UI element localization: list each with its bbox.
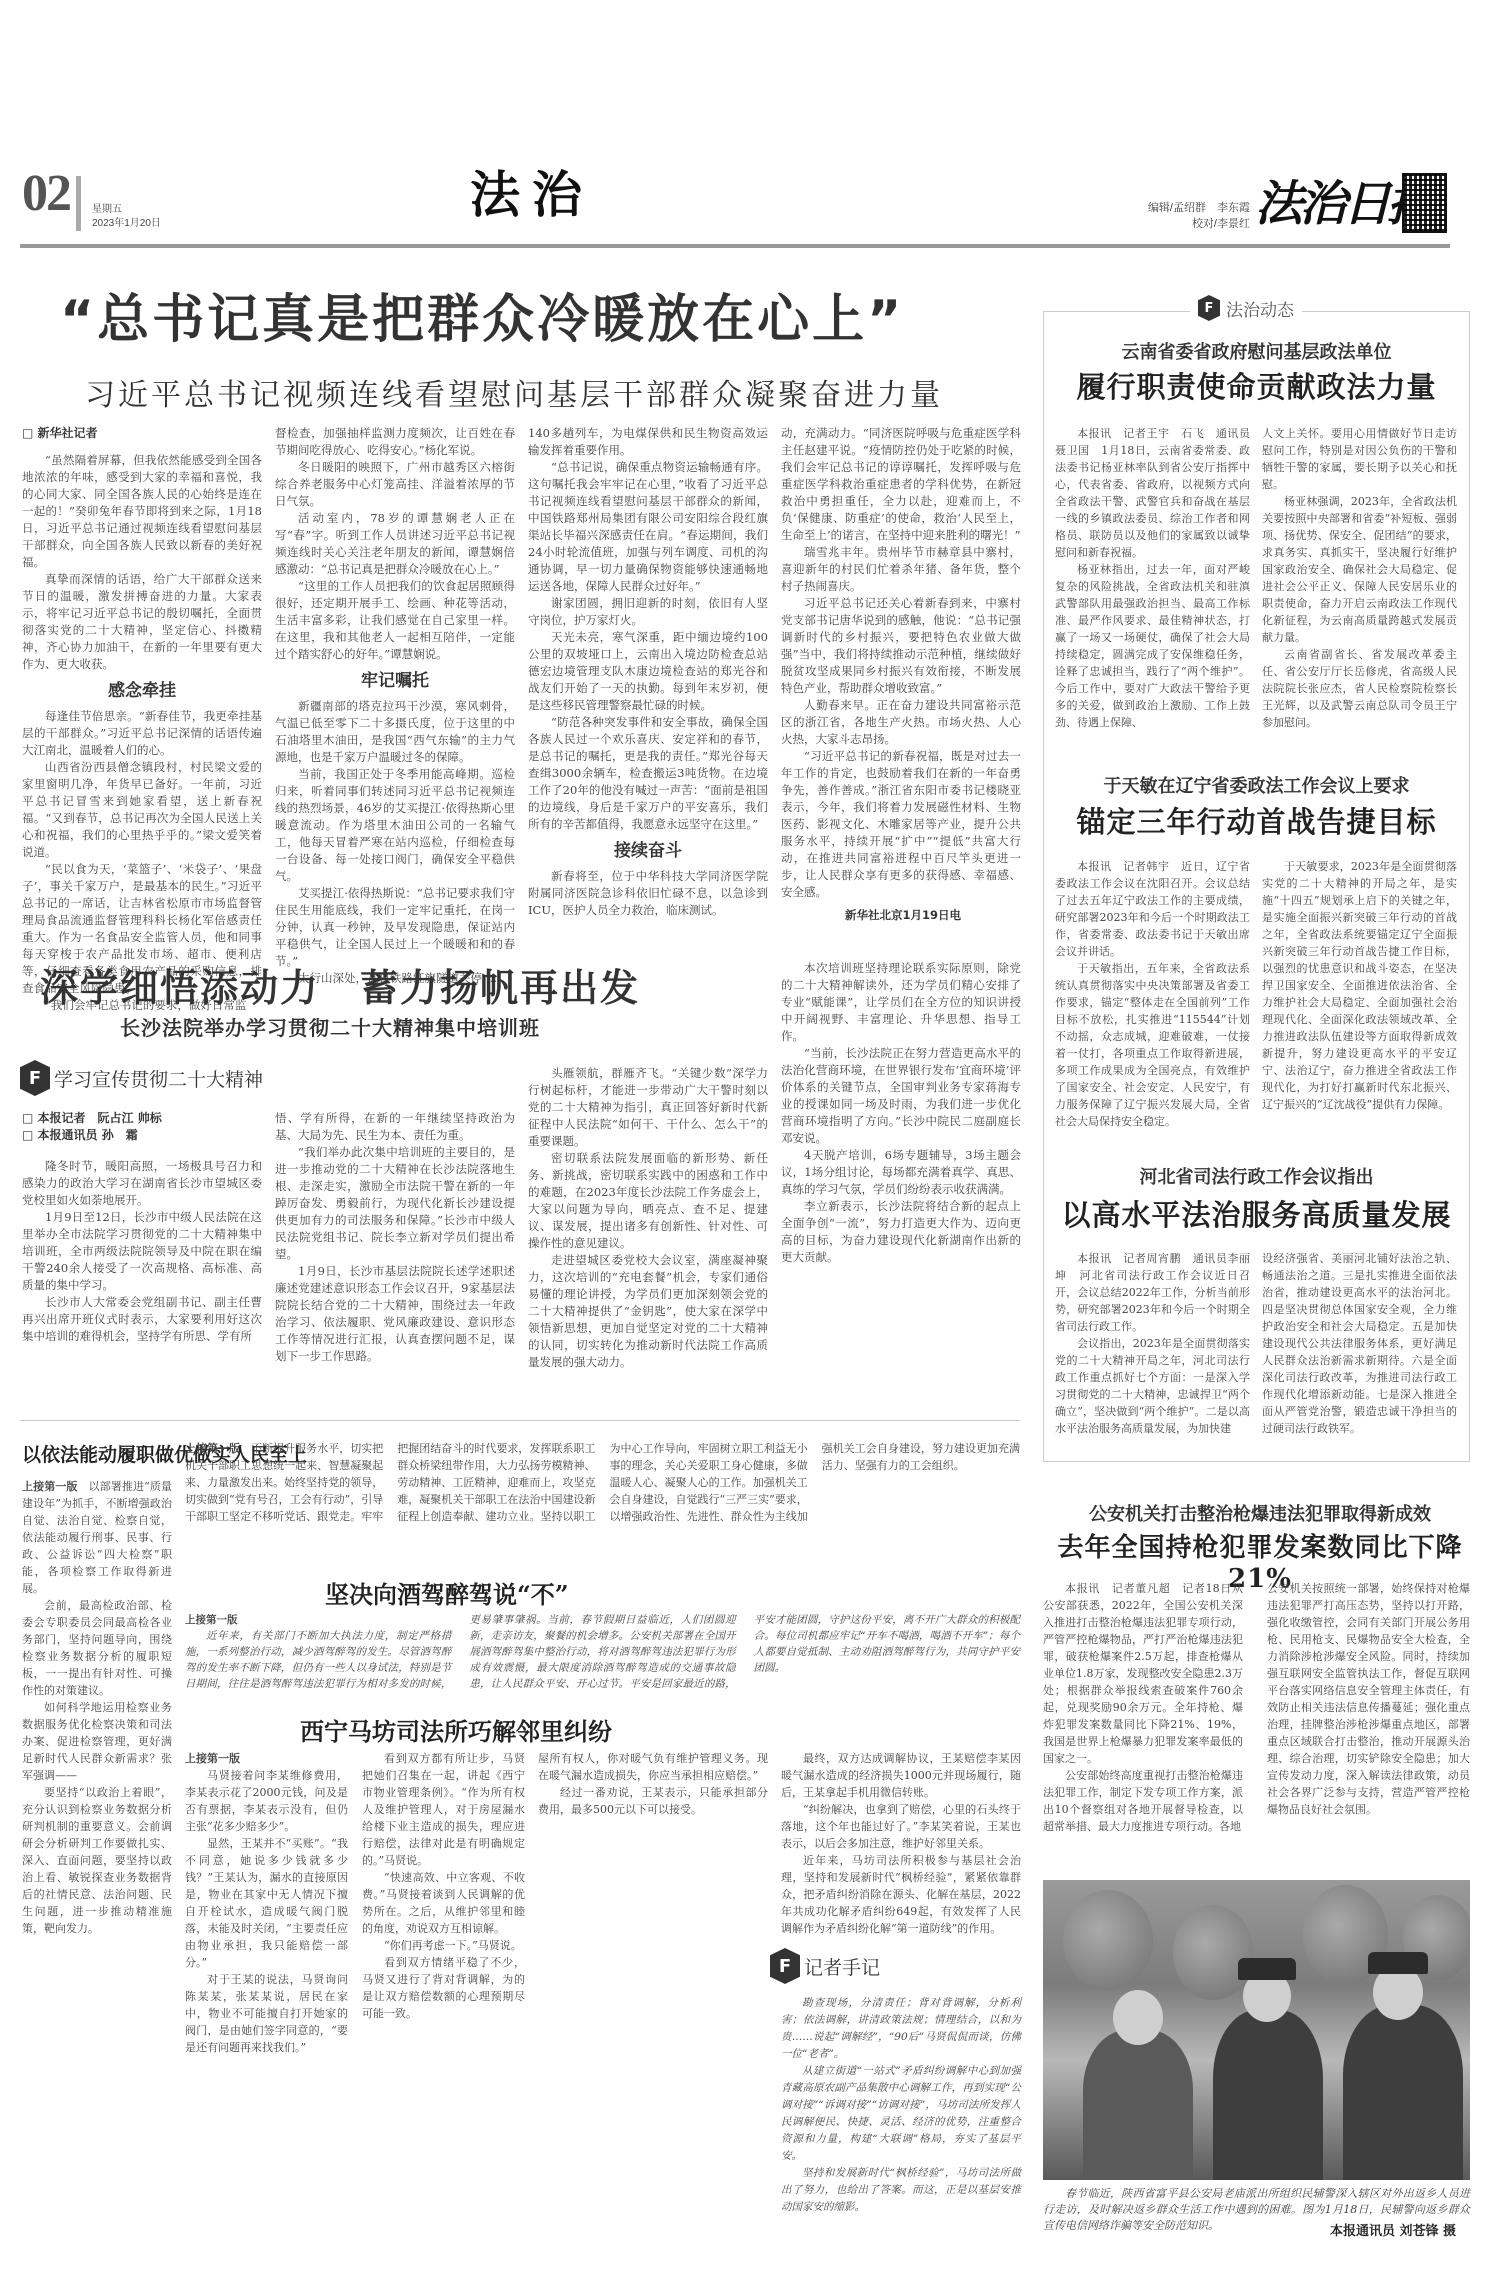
paragraph: 显然，王某并不“买账”。“我不同意，她说多少钱就多少钱？”王某认为，漏水的直接原… xyxy=(185,1835,348,1971)
lead-byline: □ 新华社记者 xyxy=(22,425,262,442)
byline: □ 本报通讯员 孙 霜 xyxy=(22,1127,262,1144)
date: 2023年1月20日 xyxy=(92,217,161,231)
paragraph: 人文上关怀。要用心用情做好节日走访慰问工作，特别是对因公负伤的干警和牺牲干警的家… xyxy=(1262,425,1457,493)
paragraph: 新春将至，位于中华科技大学同济医学院附属同济医院急诊科依旧忙碌不息，以急诊到IC… xyxy=(528,868,768,919)
paragraph: “你们再考虑一下。”马贤说。 xyxy=(362,1937,525,1954)
weekday: 星期五 xyxy=(92,203,161,217)
paragraph: 本报讯 记者王宇 石飞 通讯员聂卫国 1月18日，云南省委常委、政法委书记杨亚林… xyxy=(1055,425,1250,561)
court-column-2: 悟、学有所得，在新的一年继续坚持政治为基、大局为先、民生为本、责任为重。 “我们… xyxy=(275,1110,515,1365)
story-b-body: 上接第一版 不断提升服务水平，切实把机关干部职工思想统一起来、智慧凝聚起来、力量… xyxy=(185,1440,1020,1545)
story-c-headline: 坚决向酒驾醉驾说“不” xyxy=(325,1575,569,1610)
paragraph: 密切联系法院发展面临的新形势、新任务、新挑战，密切联系实践中的困惑和工作中的难题… xyxy=(528,1150,768,1252)
paragraph: 坚持和发展新时代“枫桥经验”，马坊司法所做出了努力，也给出了答案。而这，正是以基… xyxy=(781,2165,1021,2216)
paragraph: 悟、学有所得，在新的一年继续坚持政治为基、大局为先、民生为本、责任为重。 xyxy=(275,1110,515,1144)
lantern-icon xyxy=(1063,1890,1153,1990)
lantern-icon xyxy=(1173,1905,1253,2000)
paragraph: “习近平总书记的新春祝福，既是对过去一年工作的肯定，也鼓励着我们在新的一年奋勇争… xyxy=(781,748,1021,901)
paragraph: 看到双方都有所让步，马贤把她们召集在一起，讲起《西宁市物业管理条例》。“作为所有… xyxy=(362,1750,525,1869)
paragraph: “我们举办此次集中培训班的主要目的，是进一步推动党的二十大精神在长沙法院落地生根… xyxy=(275,1144,515,1263)
lead-column-1: □ 新华社记者 “虽然隔着屏幕，但我依然能感受到全国各地浓浓的年味，感受到大家的… xyxy=(22,425,262,1014)
section-heading: 牢记嘱托 xyxy=(275,673,515,690)
paragraph: 天光未亮，寒气深重，距中缅边境约100公里的双坡垭口上，云南出入境边防检查总站德… xyxy=(528,629,768,714)
paragraph: 李立新表示，长沙法院将结合新的起点上全面争创“一流”，努力打造更大作为、迈向更高… xyxy=(781,1198,1021,1266)
notes-tag-text: 记者手记 xyxy=(804,1953,880,1980)
notes-tag: F 记者手记 xyxy=(770,1948,880,1984)
paragraph: “总书记说，确保重点物资运输畅通有序。这句嘱托我会牢牢记在心里，”收看了习近平总… xyxy=(528,459,768,595)
qr-code-icon xyxy=(1402,173,1447,233)
paragraph: 走进望城区委党校大会议室，满座凝神聚力，这次培训的“充电套餐”机会，专家们通俗易… xyxy=(528,1252,768,1371)
page-number: 02 xyxy=(22,168,70,220)
paragraph: 对于王某的说法，马贤询问陈某某，张某某说，居民在家中，物业不可能擅自打开她家的阀… xyxy=(185,1971,348,2056)
paragraph: 真挚而深情的话语，给广大干部群众送来节日的温暖，激发拼搏奋进的力量。大家表示，将… xyxy=(22,571,262,673)
paragraph: 于天敏要求，2023年是全面贯彻落实党的二十大精神的开局之年，是实施“十四五”规… xyxy=(1262,858,1457,1113)
lead-headline: “总书记真是把群众冷暖放在心上” xyxy=(60,292,740,349)
paragraph: “这里的工作人员把我们的饮食起居照顾得很好，还定期开展手工、绘画、种花等活动，生… xyxy=(275,578,515,663)
court-column-4: 本次培训班坚持理论联系实际原则，除党的二十大精神解读外，还为学员们精心安排了专业… xyxy=(781,960,1021,1266)
paragraph: 会议指出，2023年是全面贯彻落实党的二十大精神开局之年，河北司法行政工作重点抓… xyxy=(1055,1335,1250,1437)
paragraph: “快速高效、中立客观、不收费。”马贤接着谈到人民调解的优势所在。之后，从维护邻里… xyxy=(362,1869,525,1937)
paragraph: 冬日暖阳的映照下，广州市越秀区六榕街综合养老服务中心灯笼高挂、洋溢着浓厚的节日气… xyxy=(275,459,515,510)
paragraph: 1月9日至12日，长沙市中级人民法院在这里举办全市法院学习贯彻党的二十大精神集中… xyxy=(22,1209,262,1294)
continued-label: 上接第一版 xyxy=(185,1612,451,1628)
paragraph: 长沙市人大常委会党组副书记、副主任曹再兴出席开班仪式时表示，大家要利用好这次集中… xyxy=(22,1294,262,1345)
paragraph: 云南省副省长、省发展改革委主任、省公安厅厅长岳修虎，省高级人民法院院长张应杰，省… xyxy=(1262,646,1457,731)
police-cap xyxy=(1238,1958,1296,1980)
officer-figure xyxy=(1213,2010,1323,2180)
paragraph: “纠纷解决，也拿到了赔偿，心里的石头终于落地，这个年也能过好了。”李某笑着说，王… xyxy=(781,1801,1021,1852)
police-cap xyxy=(1368,1952,1428,1974)
paragraph: 山西省汾西县僧念镇段村，村民梁文爱的家里窗明几净，年货早已备好。一年前，习近平总… xyxy=(22,759,262,861)
sidebar-story3-headline: 以高水平法治服务高质量发展 xyxy=(1043,1193,1470,1234)
paragraph: 140多趟列车，为电煤保供和民生物资高效运输发挥着重要作用。 xyxy=(528,425,768,459)
paragraph: 马贤接着问李某维修费用，李某表示花了2000元钱，问及是否有票据，李某表示没有，… xyxy=(185,1767,348,1835)
column-tag: F 学习宣传贯彻二十大精神 xyxy=(20,1060,263,1096)
officer-figure xyxy=(1343,2005,1463,2180)
paragraph: 近年来，马坊司法所积极参与基层社会治理，坚持和发展新时代“枫桥经验”，紧紧依靠群… xyxy=(781,1852,1021,1937)
sidebar-label-text: 法治动态 xyxy=(1226,296,1294,321)
paragraph: 如何科学地运用检察业务数据服务优化检察决策和司法办案、促进检察管理，更好满足新时… xyxy=(22,1699,172,1784)
byline: □ 本报记者 阮占江 帅标 xyxy=(22,1110,262,1127)
dateline: 新华社北京1月19日电 xyxy=(781,907,1021,924)
lead-column-4: 动，充满动力。“同济医院呼吸与危重症医学科主任赵建平说。“疫情防控仍处于吃紧的时… xyxy=(781,425,1021,924)
lead-column-2: 督检查，加强抽样监测力度频次，让百姓在春节期间吃得放心、吃得安心。”杨化军说。 … xyxy=(275,425,515,987)
paragraph: 于天敏指出，五年来，全省政法系统认真贯彻落实中央决策部署及省委工作要求，锚定“整… xyxy=(1055,960,1250,1130)
paragraph: 督检查，加强抽样监测力度频次，让百姓在春节期间吃得放心、吃得安心。”杨化军说。 xyxy=(275,425,515,459)
paragraph: 人勤春来早。正在奋力建设共同富裕示范区的浙江省，各地生产火热。市场火热、人心火热… xyxy=(781,697,1021,748)
column-tag-text: 学习宣传贯彻二十大精神 xyxy=(54,1065,263,1092)
paragraph: 公安机关按照统一部署，始终保持对枪爆违法犯罪严打高压态势，坚持以打开路，强化收缴… xyxy=(1267,1580,1470,1818)
sidebar-story1-col2: 人文上关怀。要用心用情做好节日走访慰问工作，特别是对因公负伤的干警和牺牲干警的家… xyxy=(1262,425,1457,731)
sidebar-story2-col2: 于天敏要求，2023年是全面贯彻落实党的二十大精神的开局之年，是实施“十四五”规… xyxy=(1262,858,1457,1113)
proofreader-line: 校对/李景红 xyxy=(1000,216,1250,232)
story-a-body: 上接第一版 以部署推进“质量建设年”为抓手，不断增强政治自觉、法治自觉、检察自觉… xyxy=(22,1478,172,1937)
sidebar-story1-kicker: 云南省委省政府慰问基层政法单位 xyxy=(1043,338,1470,364)
story-c-body: 上接第一版 近年来，有关部门不断加大执法力度，制定严格措施，一系列整治行动，减少… xyxy=(185,1612,1020,1696)
paragraph: “虽然隔着屏幕，但我依然能感受到全国各地浓浓的年味，感受到大家的幸福和喜悦，我的… xyxy=(22,452,262,571)
court-column-3: 头雁领航，群雁齐飞。“关键少数”深学力行树起标杆，才能进一步带动广大干警时刻以党… xyxy=(528,1065,768,1371)
paragraph: 杨亚林指出，过去一年，面对严峻复杂的风险挑战，全省政法机关和驻滇武警部队用最强政… xyxy=(1055,561,1250,731)
paragraph: 谢家团圆，拥旧迎新的时刻，依旧有人坚守岗位，护万家灯火。 xyxy=(528,595,768,629)
page-number-divider xyxy=(76,176,81,231)
paragraph: 头雁领航，群雁齐飞。“关键少数”深学力行树起标杆，才能进一步带动广大干警时刻以党… xyxy=(528,1065,768,1150)
divider xyxy=(20,1420,1020,1421)
paragraph: 公安部始终高度重视打击整治枪爆违法犯罪工作，制定下发专项工作方案，派出10个督察… xyxy=(1043,1767,1243,1835)
paragraph: 会前，最高检政治部、检委会专职委员会同最高检各业务部门，坚持问题导向，围绕检察业… xyxy=(22,1597,172,1699)
news-photo xyxy=(1043,1880,1470,2180)
paragraph: 要坚持“以政治上着眼”，充分认识到检察业务数据分析研判机制的重要意义。会前调研会… xyxy=(22,1784,172,1937)
paragraph: 新疆南部的塔克拉玛干沙漠，寒风刺骨，气温已低至零下二十多摄氏度，位于这里的中石油… xyxy=(275,698,515,766)
court-story-subheadline: 长沙法院举办学习贯彻二十大精神集中培训班 xyxy=(120,1012,720,1041)
paragraph: 本报讯 记者周宵鹏 通讯员李丽坤 河北省司法行政工作会议近日召开，会议总结202… xyxy=(1055,1250,1250,1335)
story-d-col4: 最终，双方达成调解协议，王某赔偿李某因暖气漏水造成的经济损失1000元并现场履行… xyxy=(781,1750,1021,1937)
gun-story-kicker: 公安机关打击整治枪爆违法犯罪取得新成效 xyxy=(1030,1500,1490,1526)
story-d-col3: 屋所有权人，你对暖气负有维护管理义务。现在暖气漏水造成损失，你应当承担相应赔偿。… xyxy=(538,1750,768,1818)
f-cube-icon: F xyxy=(770,1948,800,1984)
paragraph: 本次培训班坚持理论联系实际原则，除党的二十大精神解读外，还为学员们精心安排了专业… xyxy=(781,960,1021,1045)
story-d-body: 上接第一版 马贤接着问李某维修费用，李某表示花了2000元钱，问及是否有票据，李… xyxy=(185,1750,525,2270)
sidebar-story2-col1: 本报讯 记者韩宇 近日，辽宁省委政法工作会议在沈阳召开。会议总结了过去五年辽宁政… xyxy=(1055,858,1250,1130)
paragraph: “防范各种突发事件和安全事故，确保全国各族人民过一个欢乐喜庆、安定祥和的春节，是… xyxy=(528,714,768,833)
continued-label: 上接第一版 xyxy=(22,1480,78,1493)
sidebar-story2-headline: 锚定三年行动首战告捷目标 xyxy=(1043,800,1470,841)
paragraph: 从建立街道“一站式”矛盾纠纷调解中心到加强青藏高原农副产品集散中心调解工作，再到… xyxy=(781,2063,1021,2165)
lead-column-3: 140多趟列车，为电煤保供和民生物资高效运输发挥着重要作用。 “总书记说，确保重… xyxy=(528,425,768,919)
f-cube-icon: F xyxy=(20,1060,50,1096)
sidebar-story1-col1: 本报讯 记者王宇 石飞 通讯员聂卫国 1月18日，云南省委常委、政法委书记杨亚林… xyxy=(1055,425,1250,731)
gun-story-col1: 本报讯 记者董凡超 记者18日从公安部获悉，2022年，全国公安机关深入推进打击… xyxy=(1043,1580,1243,1835)
paragraph: 以部署推进“质量建设年”为抓手，不断增强政治自觉、法治自觉、检察自觉，依法能动履… xyxy=(22,1480,172,1595)
paragraph: 1月9日，长沙市基层法院院长述学述职述廉述党建述意识形态工作会议召开，9家基层法… xyxy=(275,1263,515,1365)
sidebar-story3-kicker: 河北省司法行政工作会议指出 xyxy=(1043,1163,1470,1189)
paragraph: 本报讯 记者韩宇 近日，辽宁省委政法工作会议在沈阳召开。会议总结了过去五年辽宁政… xyxy=(1055,858,1250,960)
editors-line: 编辑/孟绍群 李东霞 xyxy=(1000,200,1250,216)
paragraph: 瑞雪兆丰年。贵州毕节市赫章县中寨村，喜迎新年的村民们忙着杀年猪、备年货，整个村子… xyxy=(781,544,1021,595)
continued-label: 上接第一版 xyxy=(185,1442,240,1455)
villager-head xyxy=(1113,1990,1163,2045)
continued-label: 上接第一版 xyxy=(185,1750,348,1767)
paragraph: 动，充满动力。“同济医院呼吸与危重症医学科主任赵建平说。“疫情防控仍处于吃紧的时… xyxy=(781,425,1021,544)
section-heading: 接续奋斗 xyxy=(528,843,768,860)
section-title: 法治 xyxy=(470,170,594,220)
sidebar-label: F 法治动态 xyxy=(1190,295,1302,321)
sidebar-story2-kicker: 于天敏在辽宁省委政法工作会议上要求 xyxy=(1043,772,1470,798)
paragraph: 不断提升服务水平，切实把机关干部职工思想统一起来、智慧凝聚起来、力量激发出来。始… xyxy=(185,1442,1020,1523)
gun-story-col2: 公安机关按照统一部署，始终保持对枪爆违法犯罪严打高压态势，坚持以打开路，强化收缴… xyxy=(1267,1580,1470,1818)
paragraph: 最终，双方达成调解协议，王某赔偿李某因暖气漏水造成的经济损失1000元并现场履行… xyxy=(781,1750,1021,1801)
paragraph: 设经济强省、美丽河北铺好法治之轨、畅通法治之道。三是扎实推进全面依法治省，推动建… xyxy=(1262,1250,1457,1437)
story-d-headline: 西宁马坊司法所巧解邻里纠纷 xyxy=(300,1712,612,1747)
paragraph: 勘查现场，分清责任；背对背调解，分析利害；依法调解，讲清政策法规；情理结合，以和… xyxy=(781,1995,1021,2063)
lead-subheadline: 习近平总书记视频连线看望慰问基层干部群众凝聚奋进力量 xyxy=(85,370,745,414)
issue-date: 星期五 2023年1月20日 xyxy=(92,203,161,231)
section-heading: 感念牵挂 xyxy=(22,683,262,700)
sidebar-story1-headline: 履行职责使命贡献政法力量 xyxy=(1043,365,1470,406)
paragraph: 当前，我国正处于冬季用能高峰期。巡检归来，听着同事们转述同习近平总书记视频连线的… xyxy=(275,766,515,885)
f-cube-icon: F xyxy=(1198,295,1220,321)
paragraph: “当前，长沙法院正在努力营造更高水平的法治化营商环境，在世界银行发布‘宜商环境’… xyxy=(781,1045,1021,1147)
paragraph: 隆冬时节，暖阳高照，一场极具号召力和感染力的政治大学习在湖南省长沙市望城区委党校… xyxy=(22,1158,262,1209)
paragraph: 活动室内，78岁的谭慧娴老人正在写“春”字。听到工作人员讲述习近平总书记视频连线… xyxy=(275,510,515,578)
photo-credit: 本报通讯员 刘苍锋 摄 xyxy=(1330,2220,1456,2239)
sidebar-story3-col2: 设经济强省、美丽河北铺好法治之轨、畅通法治之道。三是扎实推进全面依法治省，推动建… xyxy=(1262,1250,1457,1437)
sidebar-story3-col1: 本报讯 记者周宵鹏 通讯员李丽坤 河北省司法行政工作会议近日召开，会议总结202… xyxy=(1055,1250,1250,1437)
paragraph: 习近平总书记还关心着新春到来，中寨村党支部书记唐华说到的感触，他说：“总书记强调… xyxy=(781,595,1021,697)
paragraph: 杨亚林强调，2023年，全省政法机关要按照中央部署和省委“补短板、强弱项、扬优势… xyxy=(1262,493,1457,646)
paragraph: 经过一番劝说，王某表示，只能承担部分费用，最多500元以下可以接受。 xyxy=(538,1784,768,1818)
masthead-rule xyxy=(20,244,1450,248)
villager-figure xyxy=(1083,2030,1193,2180)
paragraph: 屋所有权人，你对暖气负有维护管理义务。现在暖气漏水造成损失，你应当承担相应赔偿。… xyxy=(538,1750,768,1784)
paragraph: 每逢佳节倍思亲。“新春佳节，我更牵挂基层的干部群众。”习近平总书记深情的话语传遍… xyxy=(22,708,262,759)
court-story-headline: 深学细悟添动力 蓄力扬帆再出发 xyxy=(40,957,780,1012)
editors-credit: 编辑/孟绍群 李东霞 校对/李景红 xyxy=(1000,200,1250,232)
paragraph: 4天脱产培训，6场专题辅导，3场主题会议，1场分组讨论，每场都充满着真学、真思、… xyxy=(781,1147,1021,1198)
paragraph: 看到双方情绪平稳了不少，马贤又进行了背对背调解，为的是让双方赔偿数额的心理预期尽… xyxy=(362,1954,525,2022)
court-column-1: □ 本报记者 阮占江 帅标 □ 本报通讯员 孙 霜 隆冬时节，暖阳高照，一场极具… xyxy=(22,1110,262,1345)
reporter-notes: 勘查现场，分清责任；背对背调解，分析利害；依法调解，讲清政策法规；情理结合，以和… xyxy=(781,1995,1021,2216)
paragraph: 本报讯 记者董凡超 记者18日从公安部获悉，2022年，全国公安机关深入推进打击… xyxy=(1043,1580,1243,1767)
